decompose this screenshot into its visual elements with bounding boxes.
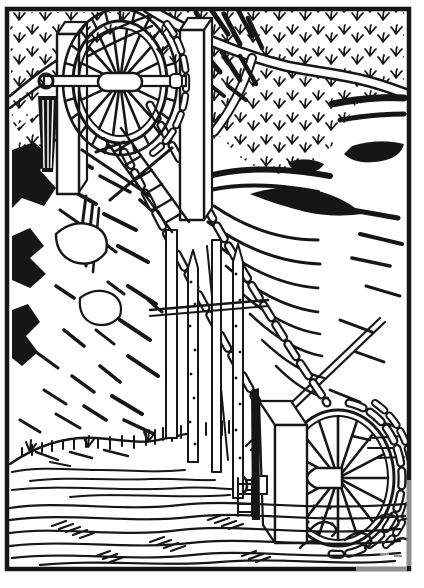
trestle-post-speckled-1 (188, 250, 198, 462)
trestle-post-speckled-2 (233, 244, 243, 498)
woodcut-chain-pump-illustration (0, 0, 424, 588)
trestle-post-white-2 (212, 240, 221, 472)
pillar-front-face (275, 425, 307, 543)
illustration-canvas (0, 0, 424, 588)
upper-wheel-hub (98, 73, 142, 91)
right-post (180, 18, 212, 220)
trestle-post-white-1 (166, 230, 177, 438)
lower-wheel-hub (307, 468, 342, 488)
